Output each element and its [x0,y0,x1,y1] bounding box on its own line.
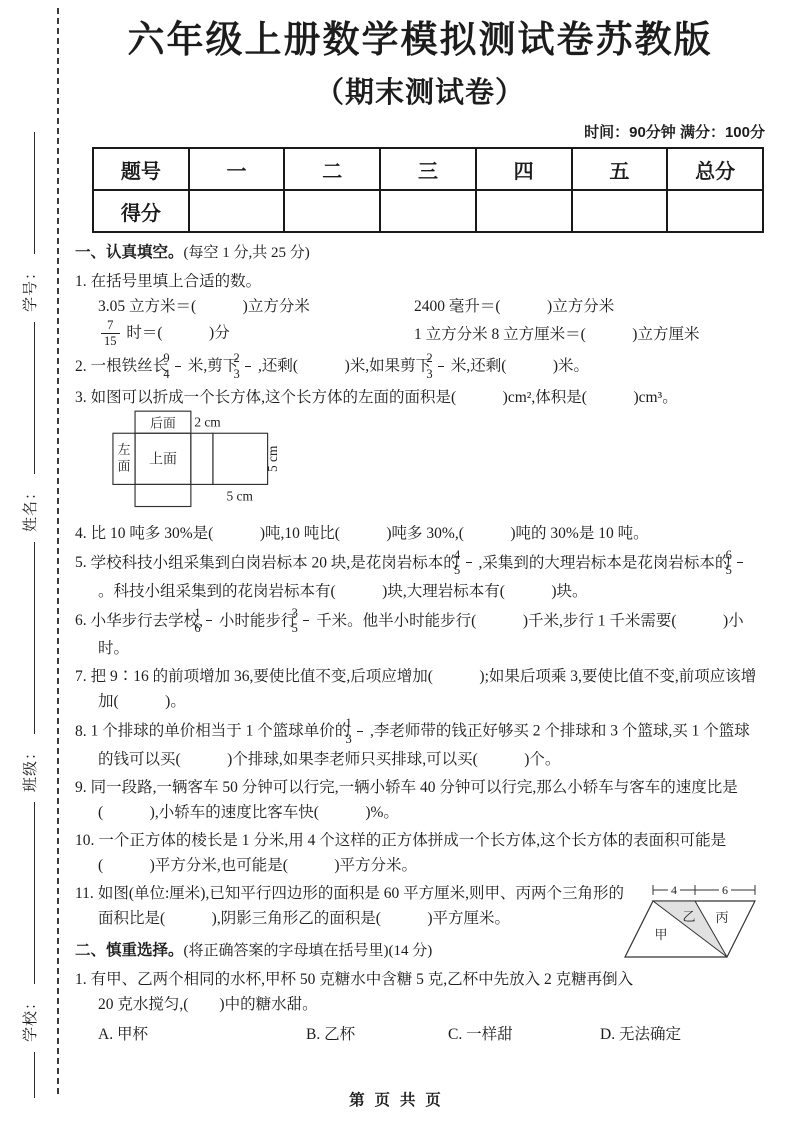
question: 3.如图可以折成一个长方体,这个长方体的左面的面积是( )cm²,体积是( )c… [75,385,765,518]
fraction-numerator: 7 [101,318,120,333]
student-info-sidebar: 学校： 班级： 姓名： 学号： [16,78,42,1098]
net-dim-2cm: 2 cm [194,414,221,429]
choice-option: C. 一样甜 [448,1022,600,1047]
question-text: 比 10 吨多 30%是( )吨,10 吨比( )吨多 30%,( )吨的 30… [91,525,649,542]
page-subtitle: （期末测试卷） [75,70,765,111]
write-line [34,322,35,474]
question-text: 1 立方分米 8 立方厘米＝( )立方厘米 [414,326,699,343]
question-text: 一个正方体的棱长是 1 分米,用 4 个这样的正方体拼成一个长方体,这个长方体的… [98,832,726,874]
question-text: 2400 毫升＝( )立方分米 [414,298,614,315]
question-number: 1. [75,273,87,290]
choice-option: A. 甲杯 [98,1022,306,1047]
score-header-cell: 二 [284,148,380,190]
parallelogram-drawing: 4 6 甲 乙 丙 [623,875,763,963]
write-line [34,802,35,984]
score-header-cell: 一 [189,148,285,190]
score-row-label: 得分 [93,190,189,232]
fraction-denominator: 5 [466,563,472,577]
conversion-item: 2400 毫升＝( )立方分米 [414,294,765,319]
score-cell-empty [189,190,285,232]
fraction-numerator: 9 [175,351,181,366]
write-line [34,132,35,254]
fraction-numerator: 6 [737,548,743,563]
school-label: 学校： [19,994,40,1042]
question-number: 1. [75,971,87,988]
student-id-label: 学号： [19,264,40,312]
question: 9.同一段路,一辆客车 50 分钟可以行完,一辆小轿车 40 分钟可以行完,那么… [75,775,765,825]
score-header-cell: 总分 [667,148,763,190]
triangle-jia-label: 甲 [654,927,667,942]
fraction-numerator: 2 [245,351,251,366]
cuboid-net-drawing: 后面 左 面 上面 2 cm 5 cm 5 cm [98,410,300,510]
binding-dashed-line [57,8,59,1094]
net-front-face [135,484,191,506]
score-table: 题号 一 二 三 四 五 总分 得分 [92,147,764,233]
question-text: 同一段路,一辆客车 50 分钟可以行完,一辆小轿车 40 分钟可以行完,那么小轿… [91,779,738,821]
question: 2.一根铁丝长 94 米,剪下 23 ,还剩( )米,如果剪下 23 米,还剩(… [75,352,765,382]
questions-area: 一、认真填空。(每空 1 分,共 25 分)1.在括号里填上合适的数。3.05 … [75,240,765,1047]
fraction: 65 [737,548,743,578]
net-left-label-1: 左 [118,443,131,457]
question-text: 3.05 立方米＝( )立方分米 [98,298,310,315]
section-title: 二、慎重选择。 [75,942,184,959]
fraction-denominator: 5 [737,563,743,577]
page-title: 六年级上册数学模拟测试卷苏教版 [75,18,765,62]
question-text: 时＝( )分 [123,325,230,342]
fraction-denominator: 3 [357,732,363,746]
question-text: 米,还剩( )米。 [447,358,589,375]
score-cell-empty [284,190,380,232]
question-number: 6. [75,612,87,629]
fraction-numerator: 1 [357,716,363,731]
section-header: 一、认真填空。(每空 1 分,共 25 分) [75,240,765,266]
fraction: 715 [101,318,120,348]
exam-paper: 六年级上册数学模拟测试卷苏教版 （期末测试卷） 时间：90分钟 满分：100分 … [75,0,765,1047]
score-header-cell: 四 [476,148,572,190]
page-footer: 第 页 共 页 [0,1088,793,1110]
dim-6-label: 6 [722,883,728,897]
question: 1.在括号里填上合适的数。3.05 立方米＝( )立方分米2400 毫升＝( )… [75,269,765,349]
question: 4.比 10 吨多 30%是( )吨,10 吨比( )吨多 30%,( )吨的 … [75,521,765,546]
question: 6.小华步行去学校,16 小时能步行 35 千米。他半小时能步行( )千米,步行… [75,607,765,662]
score-cell-empty [667,190,763,232]
question-number: 3. [75,389,87,406]
net-left-label-2: 面 [118,459,131,473]
fraction-denominator: 15 [101,334,120,348]
section-note: (将正确答案的字母填在括号里)(14 分) [184,943,433,959]
question-text: 如图(单位:厘米),已知平行四边形的面积是 60 平方厘米,则甲、丙两个三角形的… [98,885,624,927]
conversion-item: 3.05 立方米＝( )立方分米 [98,294,414,319]
fraction: 23 [438,351,444,381]
name-label: 姓名： [19,484,40,532]
conversion-grid: 3.05 立方米＝( )立方分米2400 毫升＝( )立方分米715 时＝( )… [98,294,765,349]
section-note: (每空 1 分,共 25 分) [184,245,310,261]
question-number: 10. [75,832,94,849]
question-number: 5. [75,554,87,571]
fraction: 13 [357,716,363,746]
score-cell-empty [380,190,476,232]
question: 7.把 9∶16 的前项增加 36,要使比值不变,后项应增加( );如果后项乘 … [75,664,765,714]
question-text: 小时能步行 [215,612,300,629]
fraction-denominator: 4 [175,367,181,381]
question-text: 1 个排球的单价相当于 1 个篮球单价的 [91,723,355,740]
fraction: 94 [175,351,181,381]
fraction-denominator: 5 [303,621,309,635]
question-number: 7. [75,668,87,685]
section: 一、认真填空。(每空 1 分,共 25 分)1.在括号里填上合适的数。3.05 … [75,240,765,931]
question: 8.1 个排球的单价相当于 1 个篮球单价的 13 ,李老师带的钱正好够买 2 … [75,717,765,772]
fraction-numerator: 3 [303,606,309,621]
fraction: 23 [245,351,251,381]
score-header-cell: 五 [572,148,668,190]
triangle-yi-label: 乙 [682,909,695,924]
net-dim-5cm-right: 5 cm [265,445,280,472]
fraction-numerator: 1 [206,606,212,621]
question-number: 11. [75,885,94,902]
score-cell-empty [476,190,572,232]
question: 5.学校科技小组采集到白岗岩标本 20 块,是花岗岩标本的 45 ,采集到的大理… [75,549,765,604]
net-right-face [191,433,213,484]
question-text: 如图可以折成一个长方体,这个长方体的左面的面积是( )cm²,体积是( )cm³… [91,389,678,406]
score-header-cell: 三 [380,148,476,190]
net-dim-5cm-bottom: 5 cm [227,489,254,504]
question-text: 学校科技小组采集到白岗岩标本 20 块,是花岗岩标本的 [91,554,463,571]
score-table-header-row: 题号 一 二 三 四 五 总分 [93,148,763,190]
triangle-bing-label: 丙 [715,910,728,925]
net-back-label: 后面 [150,416,176,430]
fraction-numerator: 2 [438,351,444,366]
net-top-label: 上面 [149,451,177,467]
fraction-denominator: 3 [438,367,444,381]
fraction-denominator: 6 [206,621,212,635]
cuboid-net-figure: 后面 左 面 上面 2 cm 5 cm 5 cm [98,497,300,514]
fraction-numerator: 4 [466,548,472,563]
conversion-item: 715 时＝( )分 [98,319,414,349]
question-number: 8. [75,723,87,740]
question: 10.一个正方体的棱长是 1 分米,用 4 个这样的正方体拼成一个长方体,这个长… [75,828,765,878]
question-text: 。科技小组采集到的花岗岩标本有( )块,大理岩标本有( )块。 [98,583,588,600]
net-bottom-face [213,433,268,484]
conversion-item: 1 立方分米 8 立方厘米＝( )立方厘米 [414,322,765,347]
write-line [34,542,35,734]
choice-options: A. 甲杯B. 乙杯C. 一样甜D. 无法确定 [98,1022,765,1047]
question: 1.有甲、乙两个相同的水杯,甲杯 50 克糖水中含糖 5 克,乙杯中先放入 2 … [75,967,765,1047]
question-text: 把 9∶16 的前项增加 36,要使比值不变,后项应增加( );如果后项乘 3,… [91,668,757,710]
question-text: 一根铁丝长 [91,358,172,375]
choice-option: D. 无法确定 [600,1022,765,1047]
choice-option: B. 乙杯 [306,1022,448,1047]
question: 4 6 甲 乙 丙 11.如图(单位:厘米),已知平行四边形的面积是 60 平方… [75,881,765,931]
fraction: 35 [303,606,309,636]
question-text: 小华步行去学校, [91,612,203,629]
question-text: 在括号里填上合适的数。 [91,273,262,290]
fraction-denominator: 3 [245,367,251,381]
question-text: ,还剩( )米,如果剪下 [254,358,435,375]
score-table-value-row: 得分 [93,190,763,232]
score-cell-empty [572,190,668,232]
class-label: 班级： [19,744,40,792]
question-number: 4. [75,525,87,542]
exam-meta: 时间：90分钟 满分：100分 [75,121,765,142]
parallelogram-figure: 4 6 甲 乙 丙 [646,875,763,971]
question-number: 2. [75,358,87,375]
fraction: 45 [466,548,472,578]
dim-4-label: 4 [671,883,677,897]
question-text: ,采集到的大理岩标本是花岗岩标本的 [475,554,735,571]
question-text: 有甲、乙两个相同的水杯,甲杯 50 克糖水中含糖 5 克,乙杯中先放入 2 克糖… [91,971,634,1013]
question-number: 9. [75,779,87,796]
score-header-cell: 题号 [93,148,189,190]
fraction: 16 [206,606,212,636]
section-title: 一、认真填空。 [75,244,184,261]
